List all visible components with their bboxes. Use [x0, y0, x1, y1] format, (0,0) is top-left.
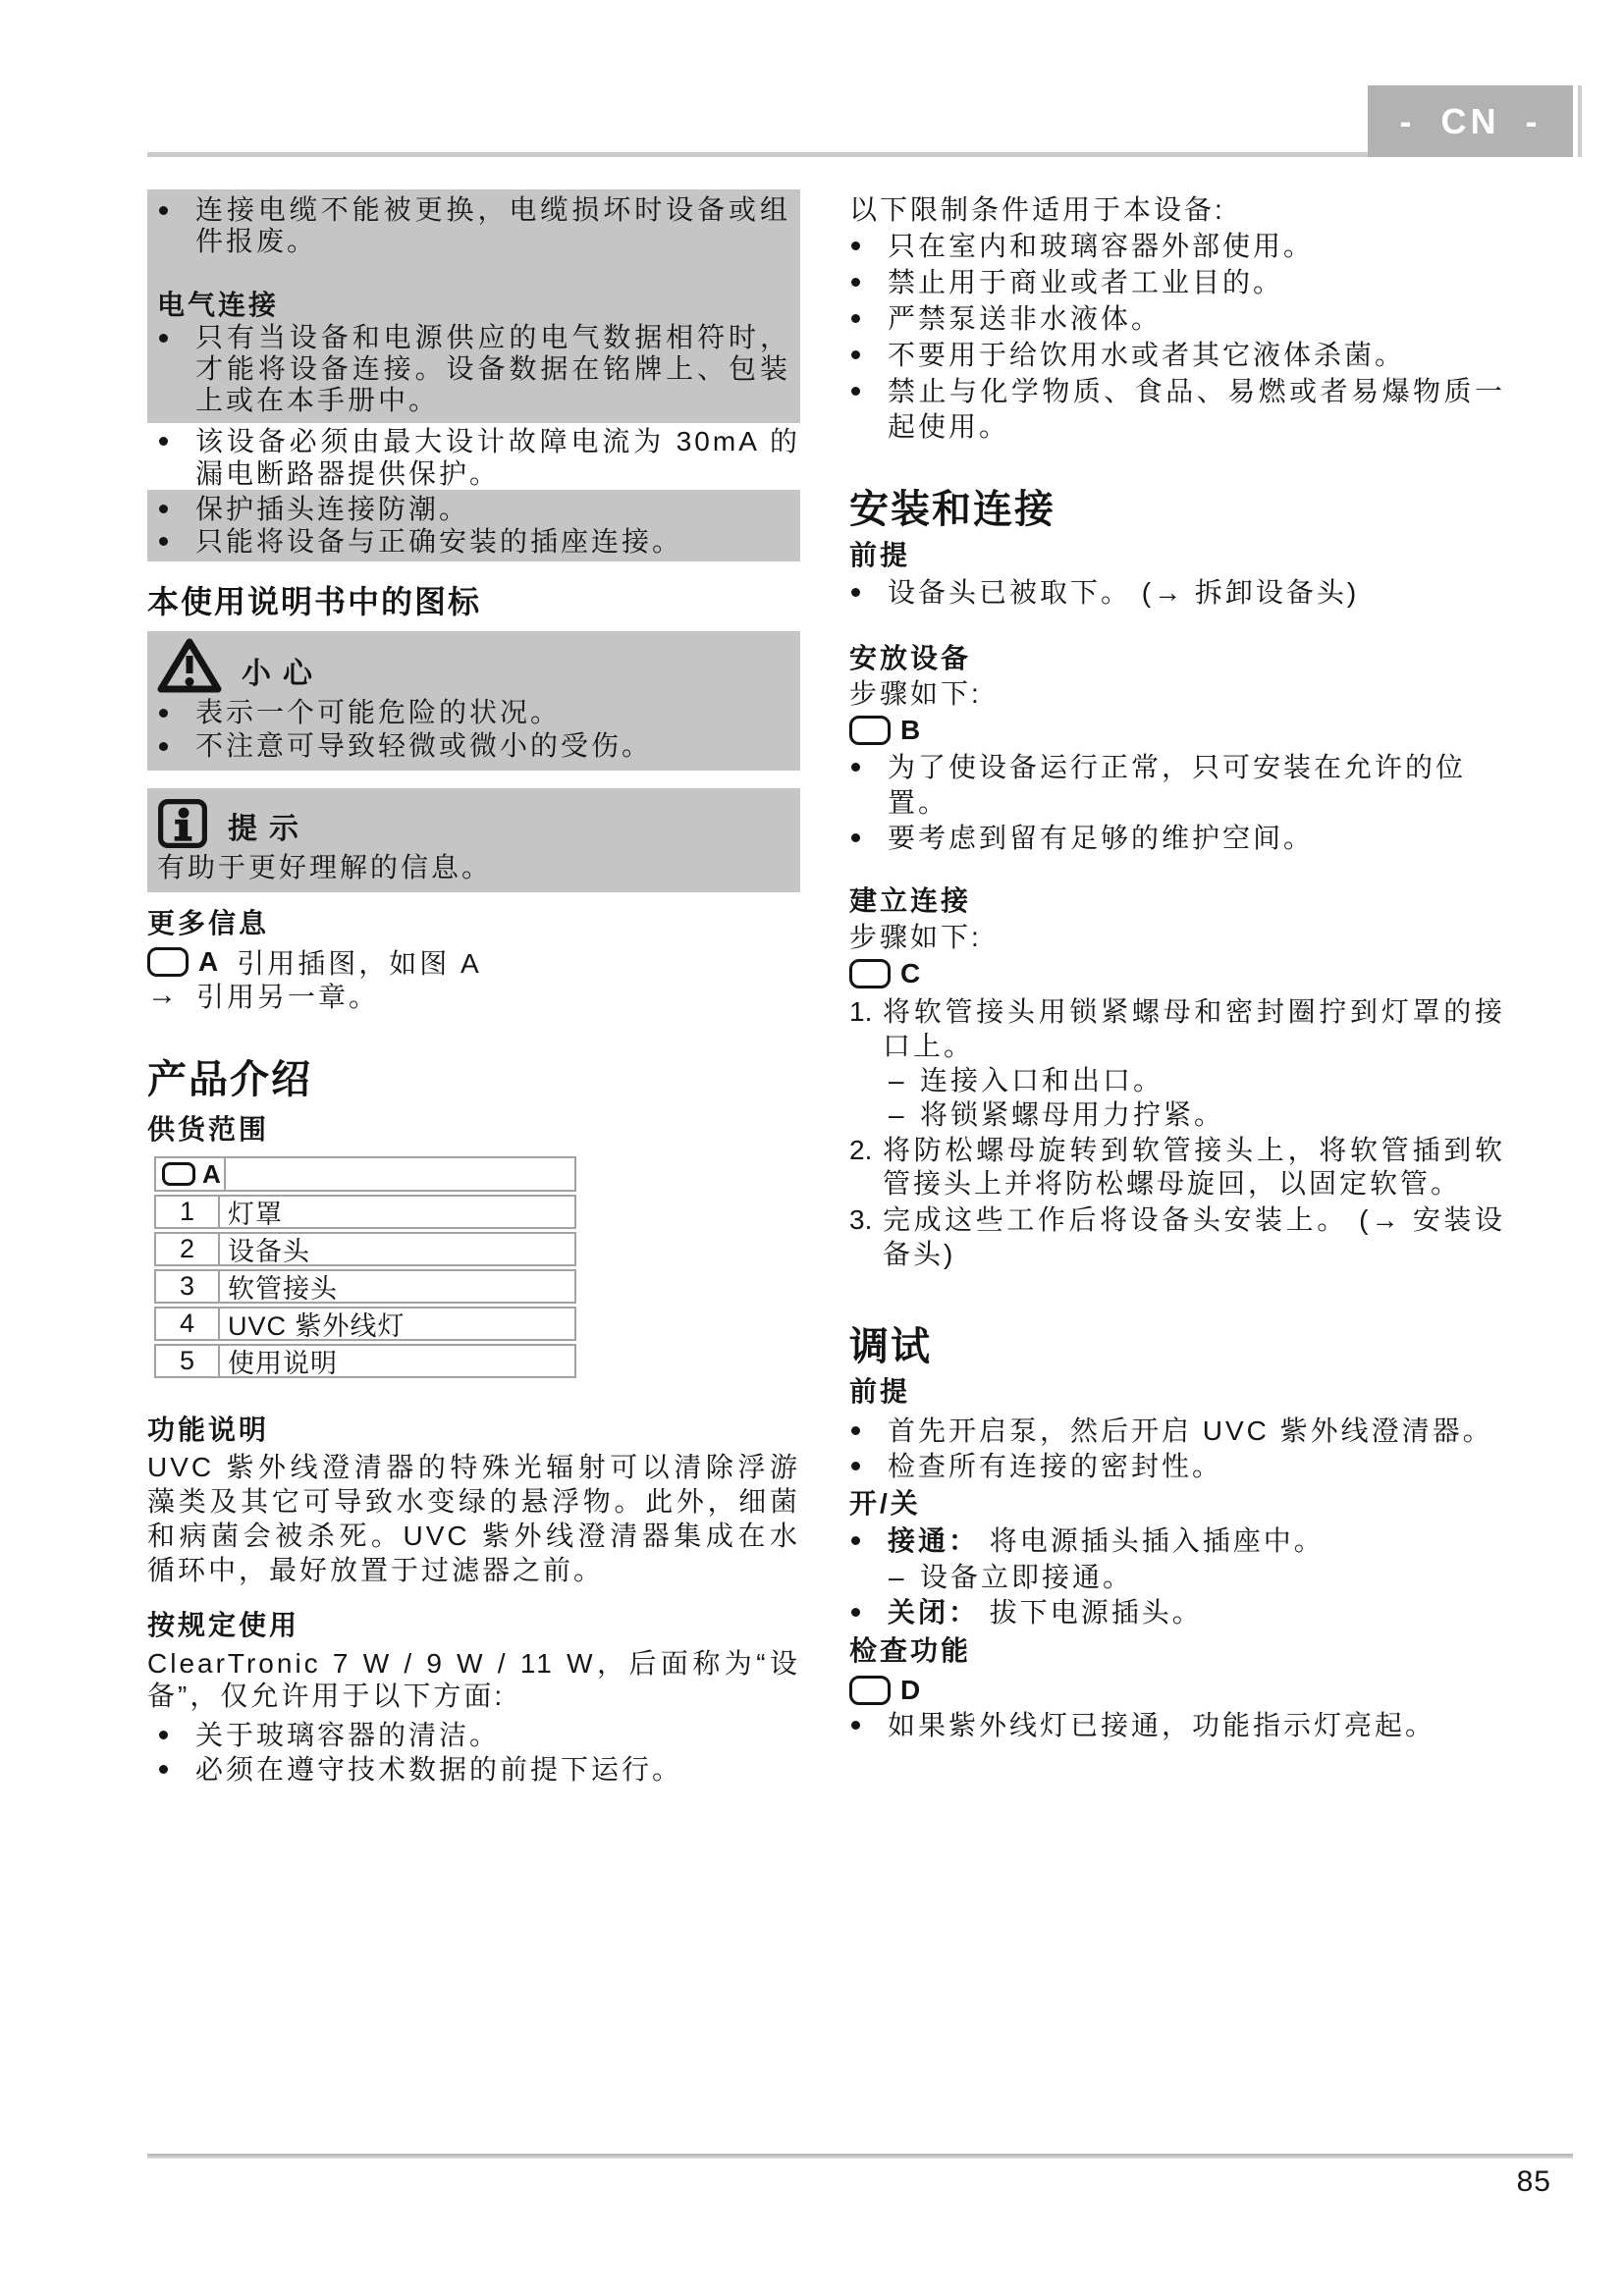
figure-letter: D — [900, 1675, 923, 1706]
sub-step: – 设备立即接通。 — [849, 1560, 1505, 1595]
commissioning-prereq-list: 首先开启泵，然后开启 UVC 紫外线澄清器。 检查所有连接的密封性。 — [849, 1414, 1505, 1484]
row-number: 2 — [156, 1234, 220, 1264]
figure-reference-row: D — [849, 1673, 1505, 1708]
row-number: 5 — [156, 1346, 220, 1376]
bullet-icon — [159, 437, 168, 446]
step-text: 将软管接头用锁紧螺母和密封圈拧到灯罩的接口上。 — [883, 994, 1505, 1063]
info-icon — [157, 798, 208, 849]
list-item: 关闭： 拔下电源插头。 — [849, 1595, 1505, 1630]
switch-off-text: 拔下电源插头。 — [990, 1597, 1203, 1628]
bullet-text: 禁止用于商业或者工业目的。 — [888, 265, 1505, 300]
bullet-text: 检查所有连接的密封性。 — [888, 1449, 1505, 1484]
bullet-text: 不注意可导致轻微或微小的受伤。 — [195, 729, 790, 763]
figure-reference-row: B — [849, 713, 1505, 748]
language-badge: - CN - — [1368, 85, 1573, 157]
list-item: 必须在遵守技术数据的前提下运行。 — [147, 1752, 800, 1787]
dash-icon: – — [889, 1063, 920, 1097]
figure-box-icon — [162, 1162, 195, 1186]
chapter-reference-row: → 引用另一章。 — [147, 979, 800, 1012]
bullet-icon — [159, 742, 168, 751]
figure-letter: B — [900, 715, 923, 746]
figure-box-icon — [849, 1676, 891, 1705]
bullet-icon — [159, 206, 168, 215]
row-label: 使用说明 — [220, 1346, 574, 1376]
function-paragraph: UVC 紫外线澄清器的特殊光辐射可以清除浮游藻类及其它可导致水变绿的悬浮物。此外… — [147, 1450, 800, 1587]
note-signal-row: 提示 — [157, 798, 790, 849]
bullet-icon — [851, 1608, 860, 1617]
row-label: 软管接头 — [220, 1271, 574, 1302]
note-block: 提示 有助于更好理解的信息。 — [147, 788, 800, 892]
sub-step: – 连接入口和出口。 — [849, 1063, 1505, 1097]
list-item: 首先开启泵，然后开启 UVC 紫外线澄清器。 — [849, 1414, 1505, 1449]
step-text: 完成这些工作后将设备头安装上。 (→ 安装设备头) — [883, 1202, 1505, 1271]
more-info-heading: 更多信息 — [147, 907, 800, 940]
list-item: 不注意可导致轻微或微小的受伤。 — [157, 729, 790, 763]
list-item: 只有当设备和电源供应的电气数据相符时，才能将设备连接。设备数据在铭牌上、包装上或… — [157, 322, 790, 416]
list-item: 禁止用于商业或者工业目的。 — [849, 265, 1505, 300]
caution-block: 小心 表示一个可能危险的状况。 不注意可导致轻微或微小的受伤。 — [147, 631, 800, 771]
bullet-text: 接通： 将电源插头插入插座中。 — [888, 1523, 1505, 1559]
icons-section-heading: 本使用说明书中的图标 — [147, 583, 800, 620]
caution-signal-row: 小心 — [157, 637, 790, 694]
bullet-icon — [851, 241, 860, 250]
bullet-text: 只能将设备与正确安装的插座连接。 — [195, 525, 790, 558]
list-item: 接通： 将电源插头插入插座中。 — [849, 1523, 1505, 1559]
sub-step-text: 设备立即接通。 — [920, 1560, 1505, 1595]
commissioning-section-heading: 调试 — [849, 1323, 1505, 1370]
list-item: 禁止与化学物质、食品、易燃或者易爆物质一起使用。 — [849, 374, 1505, 445]
steps-label: 步骤如下: — [849, 677, 1505, 711]
sub-step-text: 将锁紧螺母用力拧紧。 — [920, 1097, 1505, 1132]
switch-on-label: 接通： — [888, 1525, 979, 1556]
row-number: 4 — [156, 1308, 220, 1339]
step-number: 1. — [849, 994, 883, 1063]
step-number: 3. — [849, 1202, 883, 1271]
onoff-heading: 开/关 — [849, 1487, 1505, 1521]
row-number: 1 — [156, 1197, 220, 1227]
restrictions-list: 只在室内和玻璃容器外部使用。 禁止用于商业或者工业目的。 严禁泵送非水液体。 不… — [849, 229, 1505, 445]
intended-use-intro: ClearTronic 7 W / 9 W / 11 W，后面称为“设备”，仅允… — [147, 1647, 800, 1712]
bullet-text: 要考虑到留有足够的维护空间。 — [888, 821, 1505, 856]
warning-triangle-icon — [157, 637, 222, 694]
bullet-icon — [851, 1536, 860, 1545]
sub-step: – 将锁紧螺母用力拧紧。 — [849, 1097, 1505, 1132]
figure-reference-row: C — [849, 956, 1505, 991]
bullet-icon — [159, 537, 168, 546]
bullet-icon — [159, 709, 168, 718]
list-item: 设备头已被取下。 (→ 拆卸设备头) — [849, 575, 1505, 611]
dash-icon: – — [889, 1097, 920, 1132]
dash-icon: – — [889, 1560, 920, 1595]
prerequisite-heading: 前提 — [849, 1375, 1505, 1409]
bullet-icon — [851, 833, 860, 842]
bullet-text: 不要用于给饮用水或者其它液体杀菌。 — [888, 338, 1505, 373]
restrictions-intro: 以下限制条件适用于本设备: — [849, 193, 1505, 227]
bullet-text: 表示一个可能危险的状况。 — [195, 696, 790, 729]
header-rule — [147, 152, 1368, 157]
check-function-heading: 检查功能 — [849, 1634, 1505, 1668]
safety-highlight-block: 连接电缆不能被更换，电缆损坏时设备或组件报废。 电气连接 只有当设备和电源供应的… — [147, 189, 800, 423]
figure-letter: A — [202, 1159, 224, 1190]
table-row: 1 灯罩 — [154, 1195, 576, 1229]
bullet-text: 关于玻璃容器的清洁。 — [195, 1718, 800, 1752]
list-item: 只在室内和玻璃容器外部使用。 — [849, 229, 1505, 264]
arrow-icon: → — [147, 979, 196, 1012]
table-header-row: A — [154, 1156, 576, 1192]
list-item: 保护插头连接防潮。 — [157, 493, 790, 525]
bullet-text: 首先开启泵，然后开启 UVC 紫外线澄清器。 — [888, 1414, 1505, 1449]
bullet-icon — [159, 1765, 168, 1774]
connect-heading: 建立连接 — [849, 884, 1505, 918]
table-header-empty — [226, 1158, 574, 1190]
bullet-text: 只有当设备和电源供应的电气数据相符时，才能将设备连接。设备数据在铭牌上、包装上或… — [195, 322, 790, 416]
chapter-ref-text: 引用另一章。 — [196, 976, 379, 1015]
bullet-icon — [851, 387, 860, 396]
left-column: 连接电缆不能被更换，电缆损坏时设备或组件报废。 电气连接 只有当设备和电源供应的… — [147, 189, 800, 1787]
row-number: 3 — [156, 1271, 220, 1302]
note-label: 提示 — [228, 804, 310, 849]
list-item: 检查所有连接的密封性。 — [849, 1449, 1505, 1484]
caution-label: 小心 — [242, 649, 324, 694]
list-item: 为了使设备运行正常，只可安装在允许的位置。 — [849, 750, 1505, 821]
intended-use-heading: 按规定使用 — [147, 1609, 800, 1642]
step-text: 将防松螺母旋转到软管接头上，将软管插到软管接头上并将防松螺母旋回，以固定软管。 — [883, 1134, 1505, 1201]
steps-label: 步骤如下: — [849, 921, 1505, 954]
list-item: 不要用于给饮用水或者其它液体杀菌。 — [849, 338, 1505, 373]
bullet-text: 只在室内和玻璃容器外部使用。 — [888, 229, 1505, 264]
bullet-text: 保护插头连接防潮。 — [195, 493, 790, 525]
switch-on-text: 将电源插头插入插座中。 — [990, 1525, 1325, 1556]
bullet-icon — [851, 1462, 860, 1470]
bullet-icon — [851, 350, 860, 359]
manual-page: - CN - 连接电缆不能被更换，电缆损坏时设备或组件报废。 电气连接 只有当设… — [0, 0, 1624, 2296]
bullet-icon — [851, 588, 860, 597]
figure-box-icon — [849, 959, 891, 988]
function-heading: 功能说明 — [147, 1414, 800, 1447]
scope-heading: 供货范围 — [147, 1113, 800, 1147]
switch-off-label: 关闭： — [888, 1597, 979, 1628]
table-row: 5 使用说明 — [154, 1344, 576, 1378]
numbered-step: 1. 将软管接头用锁紧螺母和密封圈拧到灯罩的接口上。 — [849, 994, 1505, 1063]
bullet-text: 为了使设备运行正常，只可安装在允许的位置。 — [888, 750, 1505, 821]
bullet-text: 禁止与化学物质、食品、易燃或者易爆物质一起使用。 — [888, 374, 1505, 445]
list-item: 如果紫外线灯已接通，功能指示灯亮起。 — [849, 1708, 1505, 1743]
note-text: 有助于更好理解的信息。 — [157, 851, 790, 884]
row-label: 灯罩 — [220, 1197, 574, 1227]
bullet-text: 设备头已被取下。 (→ 拆卸设备头) — [888, 575, 1505, 611]
row-label: 设备头 — [220, 1234, 574, 1264]
list-item: 该设备必须由最大设计故障电流为 30mA 的漏电断路器提供保护。 — [147, 425, 800, 490]
bullet-icon — [851, 314, 860, 323]
list-item: 关于玻璃容器的清洁。 — [147, 1718, 800, 1752]
bullet-text: 必须在遵守技术数据的前提下运行。 — [195, 1752, 800, 1787]
bullet-icon — [159, 1731, 168, 1739]
list-item: 连接电缆不能被更换，电缆损坏时设备或组件报废。 — [157, 194, 790, 257]
list-item: 严禁泵送非水液体。 — [849, 301, 1505, 337]
figure-box-icon — [849, 716, 891, 745]
bullet-text: 关闭： 拔下电源插头。 — [888, 1595, 1505, 1630]
scope-table: A 1 灯罩 2 设备头 3 软管接头 4 UVC 紫外线灯 5 — [154, 1156, 576, 1378]
bullet-text: 该设备必须由最大设计故障电流为 30mA 的漏电断路器提供保护。 — [195, 425, 800, 490]
bullet-text: 严禁泵送非水液体。 — [888, 301, 1505, 337]
bullet-text: 连接电缆不能被更换，电缆损坏时设备或组件报废。 — [195, 194, 790, 257]
right-column: 以下限制条件适用于本设备: 只在室内和玻璃容器外部使用。 禁止用于商业或者工业目… — [849, 193, 1505, 1743]
bullet-icon — [851, 1426, 860, 1435]
place-device-heading: 安放设备 — [849, 642, 1505, 675]
step-number: 2. — [849, 1134, 883, 1201]
bullet-icon — [851, 278, 860, 287]
numbered-step: 3. 完成这些工作后将设备头安装上。 (→ 安装设备头) — [849, 1202, 1505, 1271]
sub-step-text: 连接入口和出口。 — [920, 1063, 1505, 1097]
figure-letter: A — [198, 946, 221, 978]
spacer — [157, 257, 790, 289]
numbered-step: 2. 将防松螺母旋转到软管接头上，将软管插到软管接头上并将防松螺母旋回，以固定软… — [849, 1134, 1505, 1201]
figure-box-icon — [147, 947, 189, 977]
electrical-heading: 电气连接 — [157, 289, 790, 322]
prerequisite-heading: 前提 — [849, 539, 1505, 572]
bullet-icon — [159, 334, 168, 343]
table-row: 2 设备头 — [154, 1232, 576, 1266]
figure-reference-row: A 引用插图，如图 A — [147, 945, 800, 979]
figure-letter: C — [900, 958, 923, 989]
bullet-icon — [159, 505, 168, 513]
footer-rule — [147, 2154, 1573, 2159]
plug-highlight-block: 保护插头连接防潮。 只能将设备与正确安装的插座连接。 — [147, 490, 800, 561]
list-item: 只能将设备与正确安装的插座连接。 — [157, 525, 790, 558]
table-row: 4 UVC 紫外线灯 — [154, 1307, 576, 1341]
table-header-cell: A — [156, 1158, 226, 1190]
table-row: 3 软管接头 — [154, 1269, 576, 1304]
list-item: 表示一个可能危险的状况。 — [157, 696, 790, 729]
page-number: 85 — [1414, 2165, 1551, 2199]
install-section-heading: 安装和连接 — [849, 486, 1505, 533]
product-section-heading: 产品介绍 — [147, 1056, 800, 1103]
bullet-icon — [851, 763, 860, 772]
row-label: UVC 紫外线灯 — [220, 1308, 574, 1339]
header-edge-tick — [1578, 85, 1582, 157]
bullet-icon — [851, 1721, 860, 1730]
list-item: 要考虑到留有足够的维护空间。 — [849, 821, 1505, 856]
bullet-text: 如果紫外线灯已接通，功能指示灯亮起。 — [888, 1708, 1505, 1743]
